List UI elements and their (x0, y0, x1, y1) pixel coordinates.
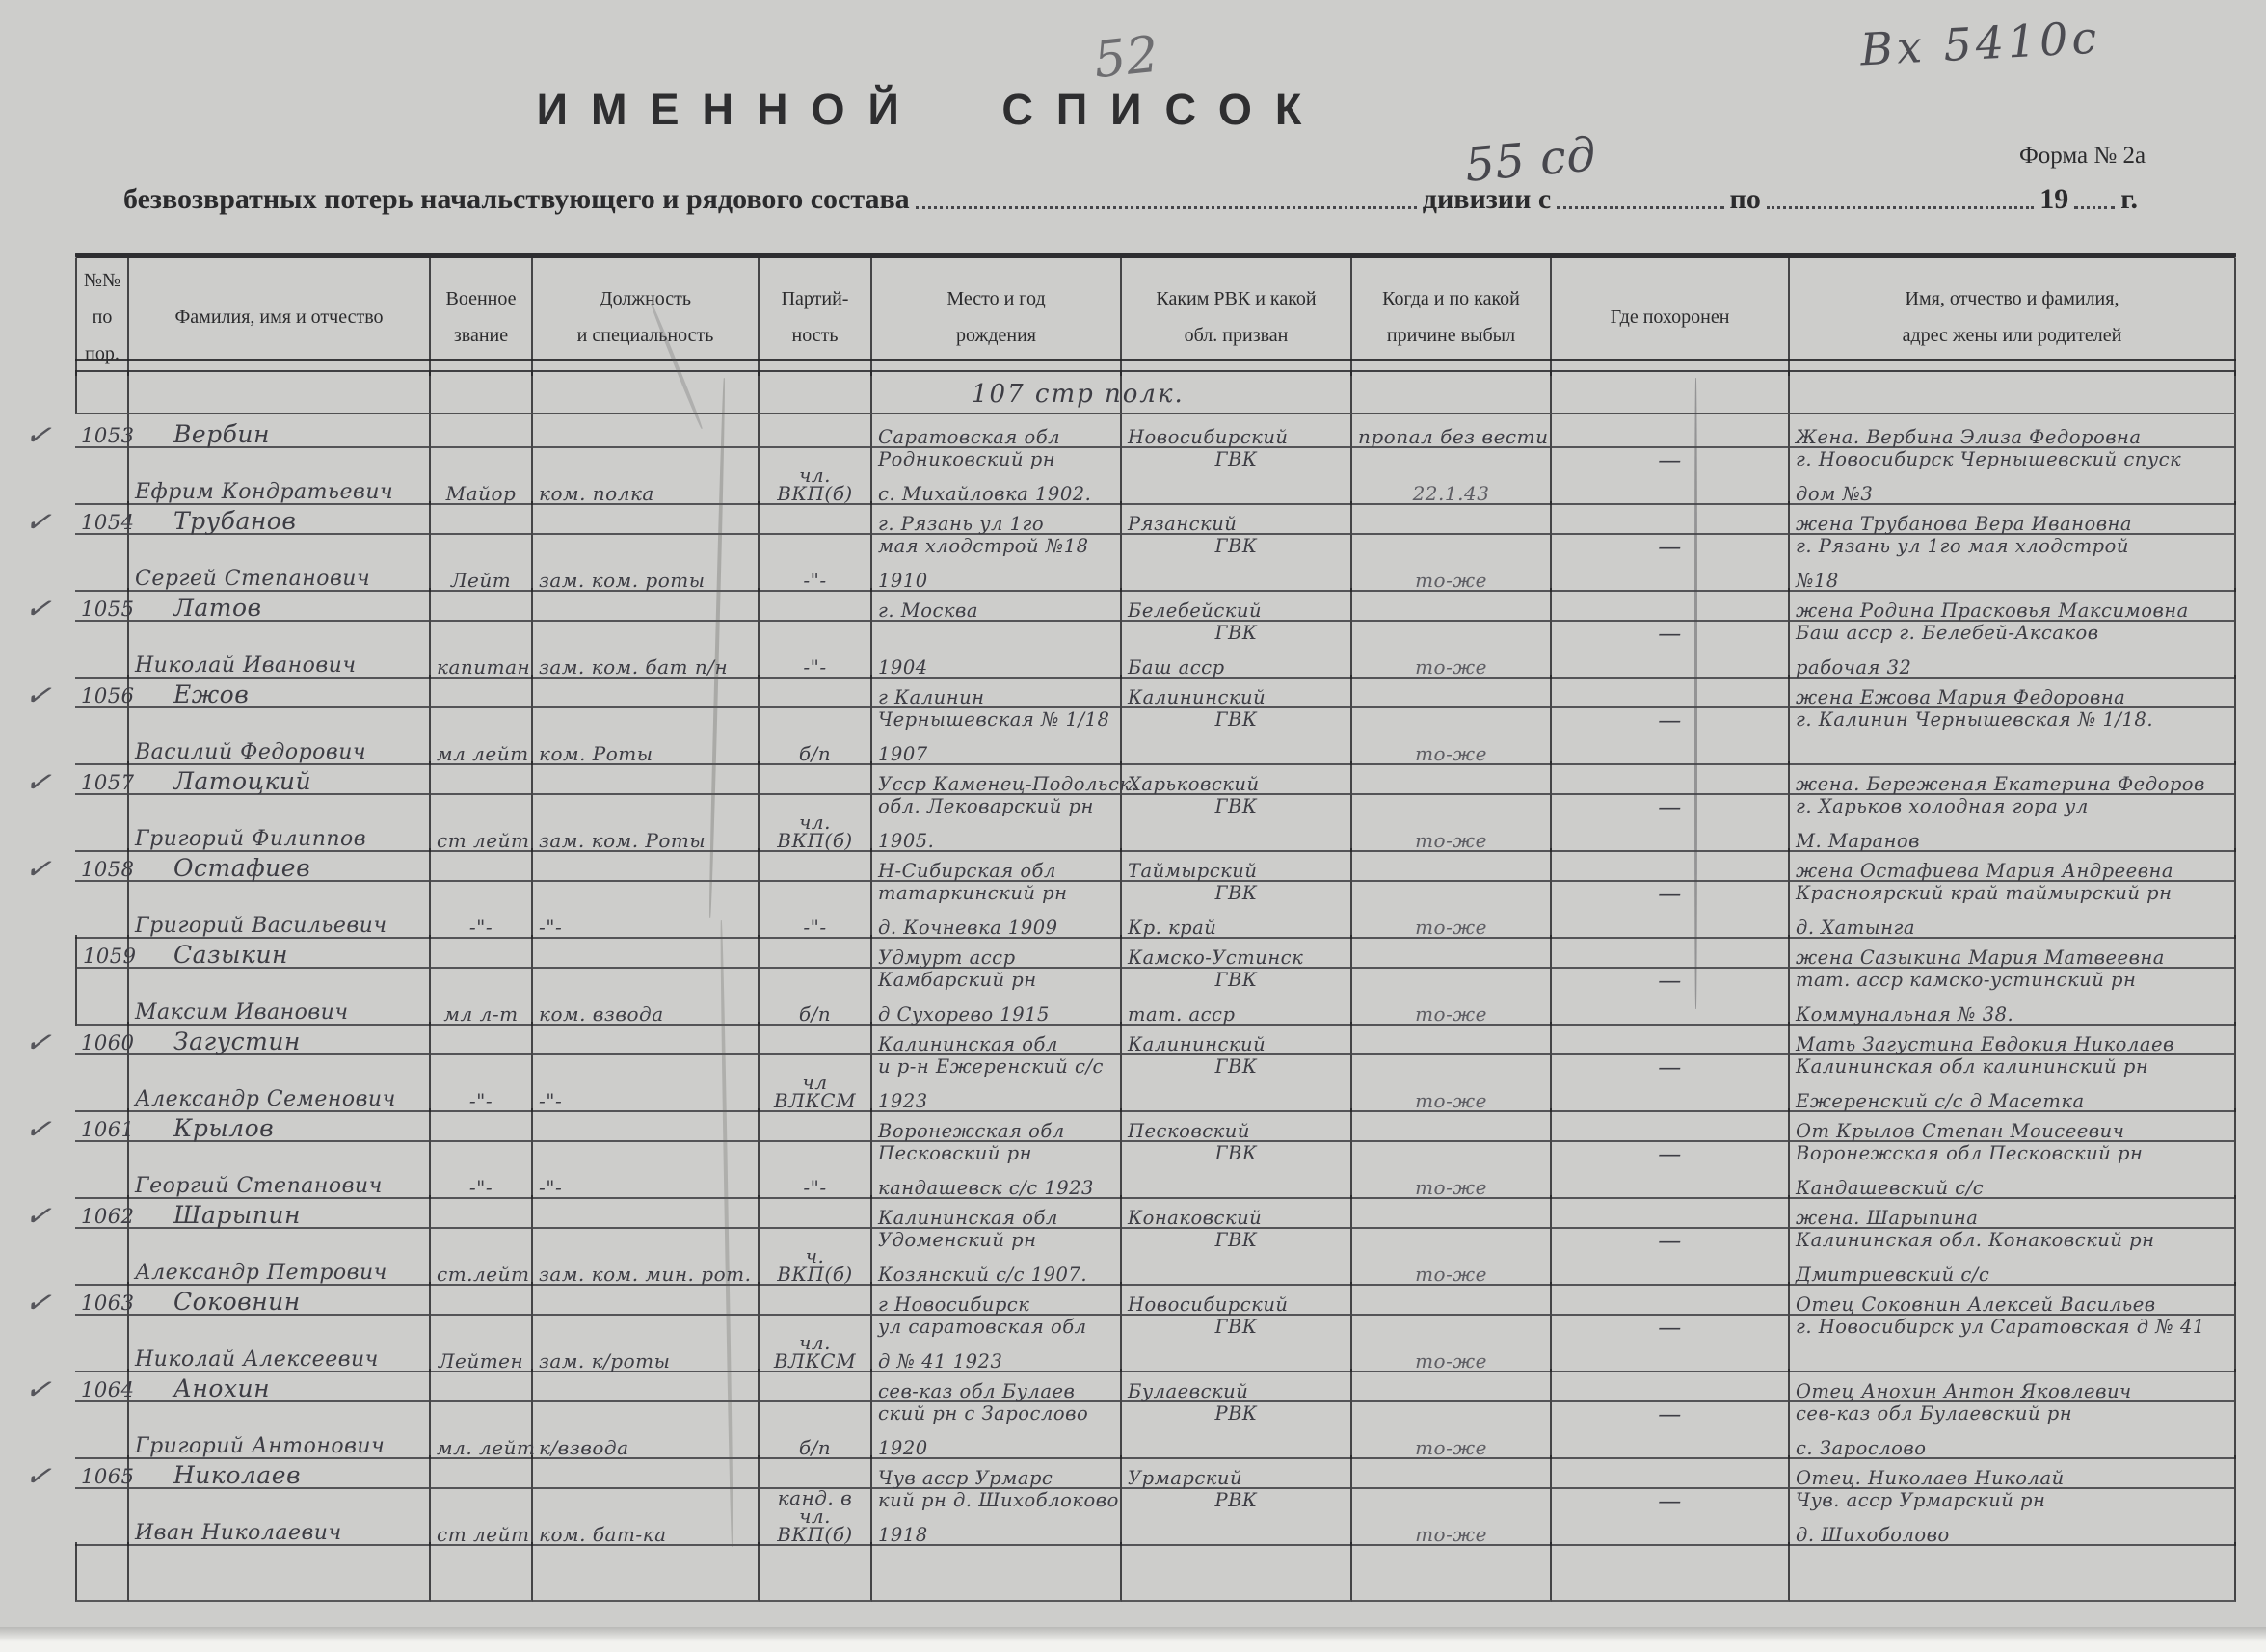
header-rvk: Каким РВК и какой обл. призван (1122, 258, 1352, 376)
handwritten-division: 55 сд (1463, 127, 1599, 193)
header-family: Имя, отчество и фамилия, адрес жены или … (1790, 258, 2236, 376)
name-cell: СазыкинМаксим Иванович (129, 935, 431, 1026)
cell-text: РВК (1214, 1404, 1257, 1424)
paper-bottom-edge (0, 1627, 2266, 1652)
rank-cell: -"- (431, 848, 533, 939)
cell-text: зам. к/роты (539, 1351, 670, 1371)
rvk-cell: КонаковскийГВК (1122, 1195, 1352, 1286)
cell-text: Песковский рн (878, 1144, 1032, 1163)
cell-text: Вербин (135, 422, 270, 446)
cell-text: Конаковский (1128, 1209, 1262, 1228)
cell-text: Майор (446, 484, 517, 503)
cell-text: Жена. Вербина Элиза Федоровна (1796, 428, 2142, 447)
cell-text: Харьковский (1128, 775, 1260, 794)
cell-text: Александр Семенович (135, 1089, 396, 1110)
handwritten-reg-number: Вх 5410с (1859, 12, 2102, 76)
burial-cell: — (1552, 1022, 1790, 1112)
cell-text: ч. ВКП(б) (765, 1247, 865, 1284)
dotted-line (1557, 205, 1723, 209)
birth-cell: г. Рязань ул 1гомая хлодстрой №181910 (872, 501, 1122, 592)
cell-text: Камско-Устинск (1128, 948, 1303, 968)
cell-text: Воронежская обл Песковский рн (1796, 1144, 2143, 1163)
cell-text: Мать Загустина Евдокия Николаев (1796, 1035, 2174, 1054)
cell-text: Александр Петрович (135, 1263, 387, 1284)
handwritten-page-number: 52 (1091, 26, 1161, 91)
cell-text: -"- (539, 1091, 562, 1110)
burial-cell: — (1552, 675, 1790, 765)
cell-text: жена Остафиева Мария Андреевна (1796, 862, 2173, 881)
num-cell: 1055 (75, 588, 129, 679)
cell-text: 1065 (81, 1467, 134, 1487)
cell-text: Калининская обл калининский рн (1796, 1057, 2148, 1077)
burial-cell: — (1552, 588, 1790, 679)
margin-checkmark: ✓ (22, 1369, 53, 1408)
rank-cell: Майор (431, 414, 533, 505)
rvk-cell: КалининскийГВК (1122, 1022, 1352, 1112)
position-cell: зам. ком. Роты (533, 761, 760, 852)
position-cell: зам. ком. бат п/н (533, 588, 760, 679)
cell-text: пропал без вести (1358, 427, 1548, 446)
cell-text: Булаевский (1128, 1382, 1248, 1401)
margin-checkmark: ✓ (22, 1022, 53, 1061)
cell-text: Баш асср г. Белебей-Аксаков (1796, 624, 2099, 643)
cell-text: Калининская обл (878, 1035, 1058, 1054)
reason-cell: то-же (1352, 1369, 1552, 1459)
header-rank: Военное звание (431, 258, 533, 376)
reason-cell: то-же (1352, 1108, 1552, 1199)
cell-text: Крылов (135, 1116, 274, 1140)
cell-text: г. Новосибирск Чернышевский спуск (1796, 450, 2181, 469)
num-cell: 1062 (75, 1195, 129, 1286)
cell-text: -"- (469, 918, 493, 937)
cell-text: ст лейт (437, 1525, 529, 1544)
cell-text: — (1658, 622, 1682, 645)
rvk-cell: Камско-УстинскГВКтат. асср (1122, 935, 1352, 1026)
party-cell: чл. ВКП(б) (760, 414, 872, 505)
name-cell: СоковнинНиколай Алексеевич (129, 1282, 431, 1372)
cell-text: 1060 (81, 1033, 134, 1053)
cell-text: зам. ком. Роты (539, 831, 706, 850)
birth-cell: Воронежская облПесковский рнкандашевск с… (872, 1108, 1122, 1199)
cell-text: Отец Анохин Антон Яковлевич (1796, 1382, 2132, 1401)
cell-text: Саратовская обл (878, 428, 1060, 447)
margin-checkmark: ✓ (22, 414, 53, 454)
rvk-cell: НовосибирскийГВК (1122, 1282, 1352, 1372)
table-row: ✓1056ЕжовВасилий Федоровичмл лейтком. Ро… (75, 675, 2236, 761)
family-cell: От Крылов Степан МоисеевичВоронежская об… (1790, 1108, 2236, 1199)
cell-text: то-же (1415, 1004, 1487, 1024)
cell-text: Николаев (135, 1463, 301, 1487)
position-cell: ком. взвода (533, 935, 760, 1026)
cell-text: Анохин (135, 1376, 270, 1400)
name-cell: АнохинГригорий Антонович (129, 1369, 431, 1459)
party-cell: чл ВЛКСМ (760, 1022, 872, 1112)
header-reason: Когда и по какой причине выбыл (1352, 258, 1552, 376)
dotted-line (2074, 205, 2115, 209)
party-cell: б/п (760, 1369, 872, 1459)
cell-text: мл л-т (443, 1004, 518, 1024)
reason-cell: то-же (1352, 761, 1552, 852)
cell-text: 1062 (81, 1207, 134, 1227)
empty-row (75, 1542, 2236, 1602)
reason-cell: то-же (1352, 675, 1552, 765)
table-body: ✓1053ВербинЕфрим КондратьевичМайорком. п… (75, 414, 2236, 1542)
family-cell: жена Сазыкина Мария Матвеевнатат. асср к… (1790, 935, 2236, 1026)
cell-text: — (1658, 535, 1682, 558)
cell-text: мл. лейт (437, 1438, 535, 1457)
cell-text: Ежов (135, 682, 249, 706)
cell-text: ст.лейт (437, 1265, 529, 1284)
cell-text: -"- (539, 918, 562, 937)
cell-text: Лейтен (439, 1351, 523, 1371)
name-cell: ЗагустинАлександр Семенович (129, 1022, 431, 1112)
cell-text: Остафиев (135, 856, 310, 880)
cell-text: то-же (1415, 1178, 1487, 1197)
cell-text: Красноярский край таймырский рн (1796, 884, 2172, 903)
cell-text: то-же (1415, 918, 1487, 937)
subtitle-row: безвозвратных потерь начальствующего и р… (123, 183, 2138, 216)
cell-text: чл. ВКП(б) (765, 813, 865, 850)
cell-text: ГВК (1215, 1057, 1258, 1077)
reason-cell: то-же (1352, 848, 1552, 939)
cell-text: Калининский (1128, 1035, 1266, 1054)
margin-checkmark: ✓ (22, 761, 53, 801)
family-cell: Отец Анохин Антон Яковлевичсев-каз обл Б… (1790, 1369, 2236, 1459)
cell-text: Василий Федорович (135, 742, 366, 763)
table-row: ✓1060ЗагустинАлександр Семенович-"--"-чл… (75, 1022, 2236, 1108)
name-cell: ВербинЕфрим Кондратьевич (129, 414, 431, 505)
rank-cell: мл л-т (431, 935, 533, 1026)
margin-checkmark: ✓ (22, 501, 53, 541)
cell-text: — (1658, 969, 1682, 992)
casualty-table: №№ по пор. Фамилия, имя и отчество Военн… (75, 253, 2236, 1602)
cell-text: Максим Иванович (135, 1002, 349, 1024)
rank-cell: мл лейт (431, 675, 533, 765)
family-cell: жена. Береженая Екатерина Федоровг. Харь… (1790, 761, 2236, 852)
cell-text: то-же (1415, 657, 1487, 677)
cell-text: Камбарский рн (878, 971, 1037, 990)
table-row: ✓1057ЛатоцкийГригорий Филипповст лейтзам… (75, 761, 2236, 848)
margin-checkmark: ✓ (22, 1195, 53, 1235)
margin-checkmark: ✓ (22, 675, 53, 714)
table-row: ✓1058ОстафиевГригорий Васильевич-"--"--"… (75, 848, 2236, 935)
cell-text: Трубанов (135, 509, 296, 533)
rank-cell: -"- (431, 1108, 533, 1199)
cell-text: 1057 (81, 773, 134, 793)
burial-cell: — (1552, 1108, 1790, 1199)
cell-text: 1053 (81, 426, 134, 446)
cell-text: чл. ВЛКСМ (765, 1334, 865, 1371)
reason-cell: то-же (1352, 935, 1552, 1026)
cell-text: татаркинский рн (878, 884, 1067, 903)
cell-text: Песковский (1128, 1122, 1250, 1141)
reason-cell: то-же (1352, 501, 1552, 592)
table-row: ✓1054ТрубановСергей СтепановичЛейтзам. к… (75, 501, 2236, 588)
cell-text: ский рн с Зарослово (878, 1404, 1088, 1424)
reason-cell: то-же (1352, 1282, 1552, 1372)
reason-cell: то-же (1352, 1195, 1552, 1286)
cell-text: Урмарский (1128, 1469, 1242, 1488)
cell-text: — (1658, 1055, 1682, 1079)
cell-text: Белебейский (1128, 601, 1262, 621)
cell-text: Родниковский рн (878, 450, 1055, 469)
cell-text: то-же (1415, 1525, 1487, 1544)
num-cell: 1063 (75, 1282, 129, 1372)
cell-text: чл ВЛКСМ (765, 1074, 865, 1110)
cell-text: Сергей Степанович (135, 569, 370, 590)
cell-text: Загустин (135, 1029, 301, 1053)
cell-text: ком. бат-ка (539, 1525, 667, 1544)
position-cell: ком. полка (533, 414, 760, 505)
form-number: Форма № 2а (2019, 143, 2146, 170)
scanned-document-page: { "page": { "handwritten_page_number": "… (0, 0, 2266, 1652)
reason-cell: то-же (1352, 588, 1552, 679)
rvk-cell: ПесковскийГВК (1122, 1108, 1352, 1199)
table-row: ✓1053ВербинЕфрим КондратьевичМайорком. п… (75, 414, 2236, 501)
cell-text: Георгий Степанович (135, 1176, 383, 1197)
birth-cell: Калининская облУдоменский рнКозянский с/… (872, 1195, 1122, 1286)
cell-text: жена. Шарыпина (1796, 1209, 1978, 1228)
rvk-cell: РязанскийГВК (1122, 501, 1352, 592)
cell-text: ГВК (1215, 624, 1258, 643)
po-label: по (1730, 183, 1761, 216)
rvk-cell: БулаевскийРВК (1122, 1369, 1352, 1459)
cell-text: г. Харьков холодная гора ул (1796, 797, 2089, 816)
cell-text: тат. асср камско-устинский рн (1796, 971, 2136, 990)
cell-text: Таймырский (1128, 862, 1257, 881)
header-name: Фамилия, имя и отчество (129, 258, 431, 376)
table-row: ✓1064АнохинГригорий Антоновичмл. лейтк/в… (75, 1369, 2236, 1455)
cell-text: — (1658, 795, 1682, 818)
cell-text: зам. ком. роты (539, 571, 706, 590)
cell-text: — (1658, 1489, 1682, 1512)
cell-text: 22.1.43 (1413, 484, 1490, 503)
unit-header-label: 107 стр полк. (972, 380, 1185, 409)
cell-text: — (1658, 448, 1682, 471)
position-cell: -"- (533, 848, 760, 939)
rvk-cell: КалининскийГВК (1122, 675, 1352, 765)
birth-cell: г. Москва1904 (872, 588, 1122, 679)
birth-cell: Н-Сибирская облтатаркинский рнд. Кочневк… (872, 848, 1122, 939)
rvk-cell: БелебейскийГВКБаш асср (1122, 588, 1352, 679)
rvk-cell: ХарьковскийГВК (1122, 761, 1352, 852)
party-cell: ч. ВКП(б) (760, 1195, 872, 1286)
cell-text: ГВК (1215, 537, 1258, 556)
cell-text: ул саратовская обл (878, 1318, 1087, 1337)
cell-text: 1058 (81, 860, 134, 880)
party-cell: -"- (760, 501, 872, 592)
party-cell: б/п (760, 935, 872, 1026)
name-cell: ТрубановСергей Степанович (129, 501, 431, 592)
cell-text: кий рн д. Шихоблоково (878, 1491, 1119, 1510)
num-cell: 1064 (75, 1369, 129, 1459)
cell-text: Николай Алексеевич (135, 1349, 379, 1371)
family-cell: жена. ШарыпинаКалининская обл. Конаковск… (1790, 1195, 2236, 1286)
cell-text: 1061 (81, 1120, 134, 1140)
cell-text: Чув. асср Урмарский рн (1796, 1491, 2045, 1510)
family-cell: Жена. Вербина Элиза Федоровнаг. Новосиби… (1790, 414, 2236, 505)
name-cell: ЕжовВасилий Федорович (129, 675, 431, 765)
num-cell: 1058 (75, 848, 129, 939)
cell-text: Шарыпин (135, 1203, 301, 1227)
subtitle: безвозвратных потерь начальствующего и р… (123, 183, 910, 216)
name-cell: ОстафиевГригорий Васильевич (129, 848, 431, 939)
cell-text: Новосибирский (1128, 428, 1288, 447)
header-num: №№ по пор. (75, 258, 129, 376)
cell-text: мая хлодстрой №18 (878, 537, 1089, 556)
name-cell: ШарыпинАлександр Петрович (129, 1195, 431, 1286)
cell-text: капитан (437, 657, 530, 677)
cell-text: Латов (135, 596, 262, 620)
cell-text: Григорий Филиппов (135, 829, 366, 850)
party-cell: б/п (760, 675, 872, 765)
cell-text: ГВК (1215, 1231, 1258, 1250)
cell-text: Сазыкин (135, 943, 288, 967)
cell-text: жена Сазыкина Мария Матвеевна (1796, 948, 2165, 968)
family-cell: Мать Загустина Евдокия НиколаевКалининск… (1790, 1022, 2236, 1112)
burial-cell: — (1552, 1282, 1790, 1372)
cell-text: Ефрим Кондратьевич (135, 482, 393, 503)
table-row: ✓1063СоковнинНиколай АлексеевичЛейтензам… (75, 1282, 2236, 1369)
table-header-row: №№ по пор. Фамилия, имя и отчество Военн… (75, 258, 2236, 359)
rank-cell: ст лейт (431, 1455, 533, 1546)
party-cell: -"- (760, 848, 872, 939)
birth-cell: Калининская обли р-н Ежеренский с/с1923 (872, 1022, 1122, 1112)
cell-text: к/взвода (539, 1438, 629, 1457)
birth-cell: сев-каз обл Булаевский рн с Зарослово192… (872, 1369, 1122, 1459)
birth-cell: г КалининЧернышевская № 1/181907 (872, 675, 1122, 765)
name-cell: КрыловГеоргий Степанович (129, 1108, 431, 1199)
cell-text: г. Москва (878, 601, 978, 621)
family-cell: жена Трубанова Вера Ивановнаг. Рязань ул… (1790, 501, 2236, 592)
g-label: г. (2120, 183, 2138, 216)
party-cell: чл. ВЛКСМ (760, 1282, 872, 1372)
margin-checkmark: ✓ (22, 848, 53, 888)
cell-text: — (1658, 708, 1682, 732)
cell-text: Чернышевская № 1/18 (878, 710, 1109, 730)
margin-checkmark: ✓ (22, 588, 53, 627)
family-cell: Отец Соковнин Алексей Васильевг. Новосиб… (1790, 1282, 2236, 1372)
cell-text: зам. ком. бат п/н (539, 657, 728, 677)
rank-cell: Лейтен (431, 1282, 533, 1372)
cell-text: ГВК (1215, 1144, 1258, 1163)
birth-cell: Чув асср Урмарский рн д. Шихоблоково1918 (872, 1455, 1122, 1546)
reason-cell: то-же (1352, 1455, 1552, 1546)
cell-text: жена Ежова Мария Федоровна (1796, 688, 2125, 707)
cell-text: 1063 (81, 1293, 134, 1314)
cell-text: Николай Иванович (135, 655, 357, 677)
header-position: Должность и специальность (533, 258, 760, 376)
rank-cell: мл. лейт (431, 1369, 533, 1459)
cell-text: Усср Каменец-Подольск. (878, 775, 1137, 794)
burial-cell: — (1552, 1195, 1790, 1286)
cell-text: канд. в чл. ВКП(б) (765, 1489, 865, 1544)
cell-text: ком. полка (539, 484, 654, 503)
header-birth: Место и год рождения (872, 258, 1122, 376)
cell-text: и р-н Ежеренский с/с (878, 1057, 1104, 1077)
cell-text: -"- (539, 1178, 562, 1197)
name-cell: ЛатовНиколай Иванович (129, 588, 431, 679)
cell-text: то-же (1415, 571, 1487, 590)
num-cell: 1056 (75, 675, 129, 765)
party-cell: -"- (760, 1108, 872, 1199)
position-cell: ком. бат-ка (533, 1455, 760, 1546)
cell-text: Лейт (451, 571, 511, 590)
cell-text: то-же (1415, 744, 1487, 763)
party-cell: -"- (760, 588, 872, 679)
position-cell: к/взвода (533, 1369, 760, 1459)
burial-cell: — (1552, 935, 1790, 1026)
cell-text: ГВК (1215, 450, 1258, 469)
pencil-stroke (1694, 378, 1697, 1009)
table-row: ✓1061КрыловГеоргий Степанович-"--"--"-Во… (75, 1108, 2236, 1195)
cell-text: то-же (1415, 831, 1487, 850)
burial-cell: — (1552, 1369, 1790, 1459)
rank-cell: ст.лейт (431, 1195, 533, 1286)
cell-text: — (1658, 1229, 1682, 1252)
cell-text: Григорий Антонович (135, 1436, 385, 1457)
cell-text: г. Рязань ул 1го (878, 515, 1044, 534)
birth-cell: Удмурт ассрКамбарский рнд Сухорево 1915 (872, 935, 1122, 1026)
cell-text: г. Калинин Чернышевская № 1/18. (1796, 710, 2153, 730)
cell-text: Григорий Васильевич (135, 916, 387, 937)
cell-text: -"- (469, 1178, 493, 1197)
burial-cell: — (1552, 761, 1790, 852)
cell-text: 1056 (81, 686, 134, 706)
cell-text: мл лейт (437, 744, 529, 763)
unit-header-row: 107 стр полк. (75, 372, 2236, 414)
burial-cell: — (1552, 1455, 1790, 1546)
cell-text: жена. Береженая Екатерина Федоров (1796, 775, 2205, 794)
cell-text: сев-каз обл Булаевский рн (1796, 1404, 2072, 1424)
burial-cell: — (1552, 414, 1790, 505)
cell-text: Н-Сибирская обл (878, 862, 1056, 881)
cell-text: 1054 (81, 513, 134, 533)
rvk-cell: ТаймырскийГВККр. край (1122, 848, 1352, 939)
cell-text: От Крылов Степан Моисеевич (1796, 1122, 2124, 1141)
table-row: 1059СазыкинМаксим Ивановичмл л-тком. взв… (75, 935, 2236, 1022)
num-cell: 1054 (75, 501, 129, 592)
rank-cell: капитан (431, 588, 533, 679)
num-cell: 1061 (75, 1108, 129, 1199)
margin-checkmark: ✓ (22, 1108, 53, 1148)
birth-cell: Саратовская облРодниковский рнс. Михайло… (872, 414, 1122, 505)
table-row: ✓1062ШарыпинАлександр Петровичст.лейтзам… (75, 1195, 2236, 1282)
rvk-cell: УрмарскийРВК (1122, 1455, 1352, 1546)
cell-text: Новосибирский (1128, 1295, 1288, 1315)
birth-cell: Усср Каменец-Подольск.обл. Лековарский р… (872, 761, 1122, 852)
rank-cell: -"- (431, 1022, 533, 1112)
header-burial: Где похоронен (1552, 258, 1790, 376)
cell-text: Удоменский рн (878, 1231, 1036, 1250)
cell-text: РВК (1214, 1491, 1257, 1510)
cell-text: г Калинин (878, 688, 985, 707)
reason-cell: то-же (1352, 1022, 1552, 1112)
cell-text: Калининский (1128, 688, 1266, 707)
cell-text: обл. Лековарский рн (878, 797, 1094, 816)
cell-text: Отец Соковнин Алексей Васильев (1796, 1295, 2156, 1315)
rank-cell: ст лейт (431, 761, 533, 852)
cell-text: ком. взвода (539, 1004, 664, 1024)
cell-text: ГВК (1215, 710, 1258, 730)
table-row: ✓1065НиколаевИван Николаевичст лейтком. … (75, 1455, 2236, 1542)
cell-text: Латоцкий (135, 769, 311, 793)
cell-text: -"- (469, 1091, 493, 1110)
burial-cell: — (1552, 848, 1790, 939)
cell-text: ст лейт (437, 831, 529, 850)
party-cell: чл. ВКП(б) (760, 761, 872, 852)
dotted-line (916, 205, 1417, 209)
